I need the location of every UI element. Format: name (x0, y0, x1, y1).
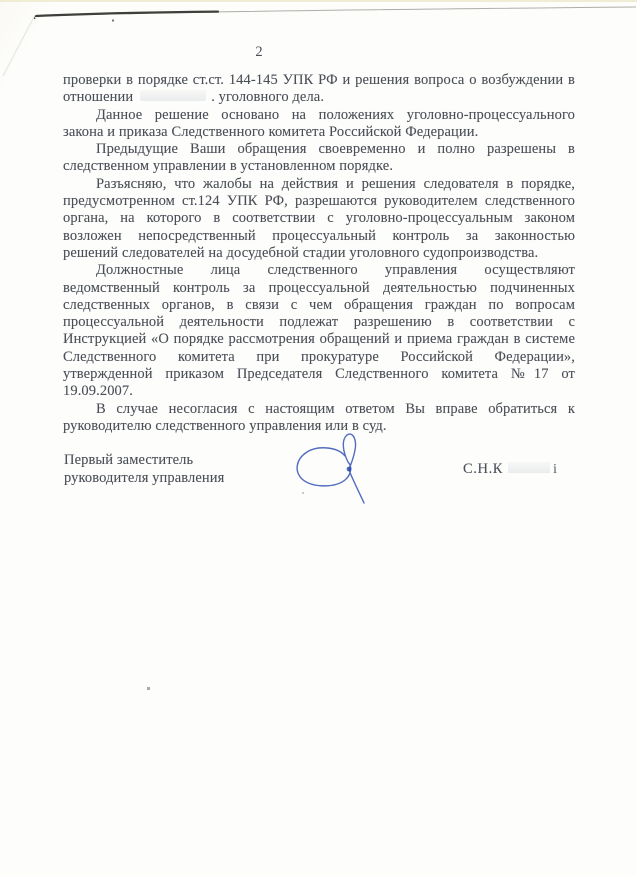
scanned-letter-page: 2 проверки в порядке ст.ст. 144-145 УПК … (0, 0, 637, 876)
page-number: 2 (248, 44, 270, 61)
document-line: решений следователей на досудебной стади… (63, 245, 575, 262)
document-line: утвержденной приказом Председателя Следс… (63, 366, 575, 383)
document-line: органа, на которого в соответствии с уго… (63, 210, 575, 227)
document-line: проверки в порядке ст.ст. 144-145 УПК РФ… (63, 72, 575, 89)
signer-initials: С.Н.К (463, 461, 503, 477)
document-line: следственном управлении в установленном … (63, 158, 575, 175)
document-line: процессуальной деятельности подлежат раз… (63, 314, 575, 331)
document-line: Инструкцией «О порядке рассмотрения обра… (63, 331, 575, 348)
line-text-after-redaction: . уголовного дела. (211, 89, 324, 105)
document-line: Должностные лица следственного управлени… (63, 262, 575, 279)
signer-position-line1: Первый заместитель (64, 452, 224, 470)
signer-trailing-char: i (553, 461, 557, 476)
document-line: Разъясняю, что жалобы на действия и реше… (63, 176, 575, 193)
document-line: В случае несогласия с настоящим ответом … (63, 401, 575, 418)
scan-speck (147, 687, 150, 690)
document-line: предусмотренном ст.124 УПК РФ, разрешают… (63, 193, 575, 210)
ink-speck (302, 492, 304, 494)
document-line: возложен непосредственный процессуальный… (63, 228, 575, 245)
document-text: проверки в порядке ст.ст. 144-145 УПК РФ… (63, 72, 575, 435)
signer-position-line2: руководителя управления (64, 470, 224, 488)
document-line: закона и приказа Следственного комитета … (63, 124, 575, 141)
signer-name-line: С.Н.Кi (463, 461, 557, 478)
redacted-text-area (140, 90, 206, 101)
document-line: 19.09.2007. (63, 383, 575, 400)
document-line: следственных органов, в связи с чем обра… (63, 297, 575, 314)
line-text-before-redaction: отношении (63, 89, 133, 105)
signer-position-title: Первый заместитель руководителя управлен… (64, 452, 224, 487)
redacted-surname-area (508, 462, 550, 473)
document-line: руководителю следственного управления ил… (63, 418, 575, 435)
document-line: Следственного комитета при прокуратуре Р… (63, 349, 575, 366)
document-line-with-redaction: отношении. уголовного дела. (63, 89, 575, 106)
document-line: Данное решение основано на положениях уг… (63, 107, 575, 124)
document-line: ведомственный контроль за процессуальной… (63, 280, 575, 297)
scan-edge-tint (0, 0, 637, 2)
document-line: Предыдущие Ваши обращения своевременно и… (63, 141, 575, 158)
